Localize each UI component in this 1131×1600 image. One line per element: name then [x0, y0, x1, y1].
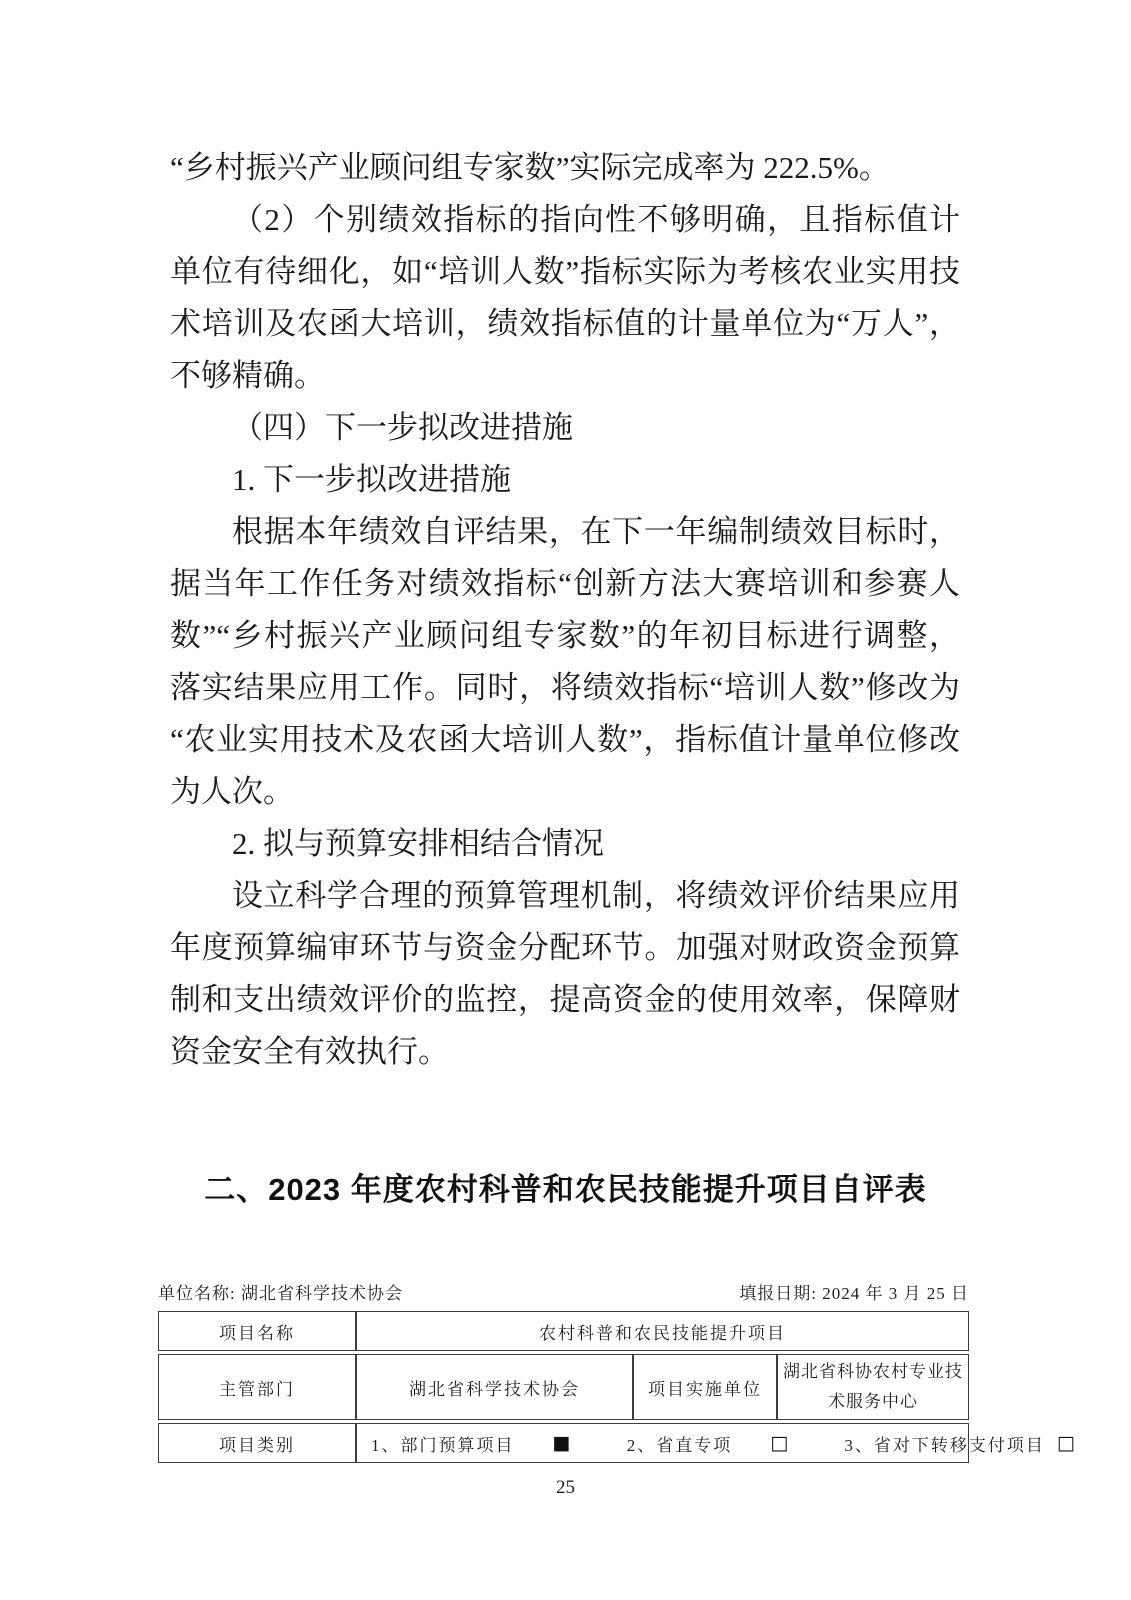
unit-name-label: 单位名称: 湖北省科学技术协会	[158, 1279, 403, 1304]
body-text-line: 为人次。	[170, 766, 960, 818]
category-option-3: 3、省对下转移支付项目 □	[844, 1431, 1074, 1456]
category-label: 项目类别	[158, 1423, 356, 1463]
self-evaluation-table: 项目名称 农村科普和农民技能提升项目 主管部门 湖北省科学技术协会 项目实施单位…	[158, 1308, 969, 1466]
body-text-line: 年度预算编审环节与资金分配环节。加强对财政资金预算控	[170, 922, 960, 974]
document-page: “乡村振兴产业顾问组专家数”实际完成率为 222.5%。 （2）个别绩效指标的指…	[0, 0, 1131, 1600]
body-text-line: “农业实用技术及农函大培训人数”，指标值计量单位修改	[170, 714, 960, 766]
impl-unit-label: 项目实施单位	[633, 1354, 777, 1420]
category-options-cell: 1、部门预算项目 ■ 2、省直专项 □ 3、省对下转移支付项目 □	[356, 1423, 969, 1463]
body-text-line: （四）下一步拟改进措施	[170, 402, 960, 454]
body-text-line: 单位有待细化，如“培训人数”指标实际为考核农业实用技	[170, 246, 960, 298]
impl-unit-value: 湖北省科协农村专业技术服务中心	[777, 1354, 969, 1420]
dept-value: 湖北省科学技术协会	[356, 1354, 633, 1420]
category-option-label: 3、省对下转移支付项目	[844, 1431, 1045, 1456]
project-name-value: 农村科普和农民技能提升项目	[356, 1311, 969, 1351]
body-text-line: 落实结果应用工作。同时，将绩效指标“培训人数”修改为	[170, 662, 960, 714]
category-option-1: 1、部门预算项目 ■	[371, 1431, 570, 1456]
category-option-label: 1、部门预算项目	[371, 1431, 515, 1456]
category-option-2: 2、省直专项 □	[627, 1431, 788, 1456]
table-row-category: 项目类别 1、部门预算项目 ■ 2、省直专项 □ 3、省对下转移支付项目 □	[158, 1423, 969, 1463]
table-row-departments: 主管部门 湖北省科学技术协会 项目实施单位 湖北省科协农村专业技术服务中心	[158, 1354, 969, 1420]
body-text-line: “乡村振兴产业顾问组专家数”实际完成率为 222.5%。	[170, 142, 960, 194]
table-row-project-name: 项目名称 农村科普和农民技能提升项目	[158, 1311, 969, 1351]
body-text-line: 设立科学合理的预算管理机制，将绩效评价结果应用到	[170, 870, 960, 922]
body-text-line: 1. 下一步拟改进措施	[170, 454, 960, 506]
body-text-line: 数”“乡村振兴产业顾问组专家数”的年初目标进行调整，	[170, 610, 960, 662]
checkbox-empty-icon: □	[1057, 1434, 1075, 1453]
checkbox-empty-icon: □	[770, 1434, 788, 1453]
project-name-label: 项目名称	[158, 1311, 356, 1351]
body-text-line: 根据本年绩效自评结果，在下一年编制绩效目标时，依	[170, 506, 960, 558]
body-text-line: 2. 拟与预算安排相结合情况	[170, 818, 960, 870]
body-text-line: 术培训及农函大培训，绩效指标值的计量单位为“万人”，	[170, 298, 960, 350]
dept-label: 主管部门	[158, 1354, 356, 1420]
body-text-line: 据当年工作任务对绩效指标“创新方法大赛培训和参赛人	[170, 558, 960, 610]
report-date-label: 填报日期: 2024 年 3 月 25 日	[739, 1279, 969, 1304]
body-text-line: 制和支出绩效评价的监控，提高资金的使用效率，保障财政	[170, 974, 960, 1026]
checkbox-filled-icon: ■	[553, 1434, 571, 1453]
page-number: 25	[0, 1477, 1131, 1499]
category-option-label: 2、省直专项	[627, 1431, 733, 1456]
section-title: 二、2023 年度农村科普和农民技能提升项目自评表	[0, 1164, 1131, 1209]
table-meta-row: 单位名称: 湖北省科学技术协会 填报日期: 2024 年 3 月 25 日	[158, 1279, 969, 1304]
body-text-line: 不够精确。	[170, 350, 960, 402]
body-text-block: “乡村振兴产业顾问组专家数”实际完成率为 222.5%。 （2）个别绩效指标的指…	[170, 142, 960, 1078]
body-text-line: 资金安全有效执行。	[170, 1026, 960, 1078]
body-text-line: （2）个别绩效指标的指向性不够明确，且指标值计量	[170, 194, 960, 246]
